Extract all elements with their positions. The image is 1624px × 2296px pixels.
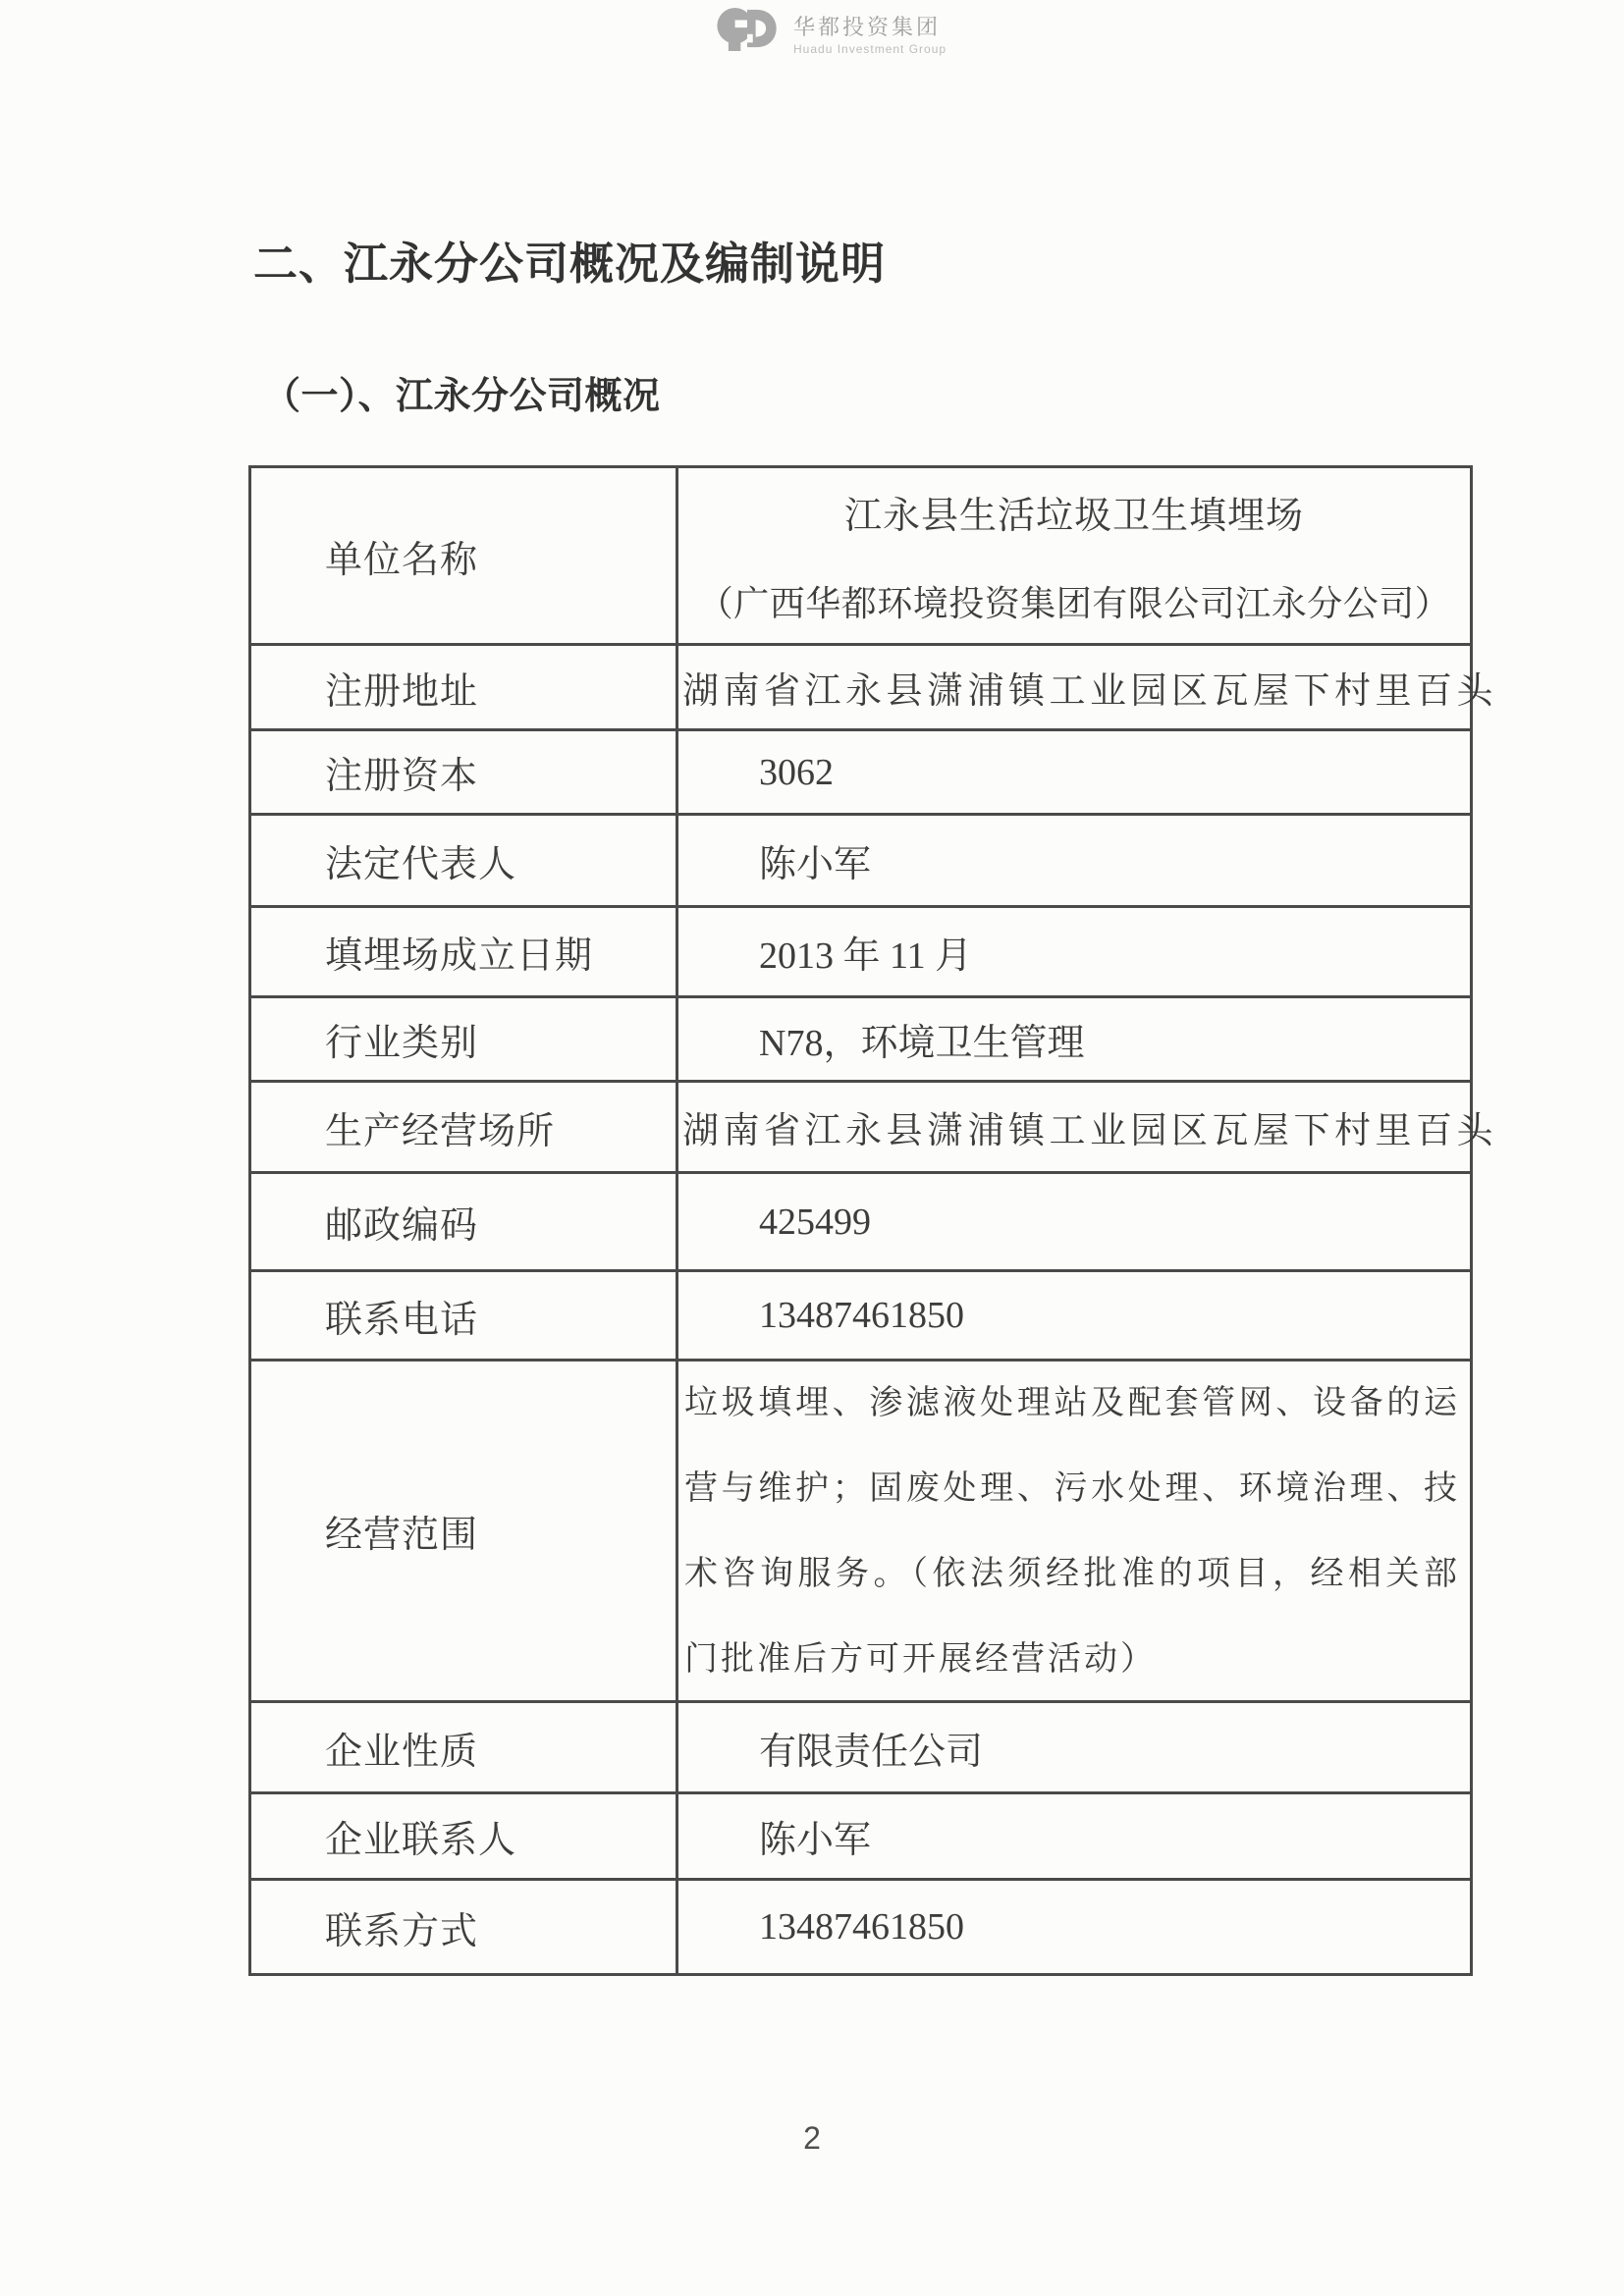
row-label: 生产经营场所 bbox=[251, 1083, 678, 1171]
row-label: 企业性质 bbox=[251, 1703, 678, 1791]
table-row: 经营范围 垃圾填埋、渗滤液处理站及配套管网、设备的运营与维护；固废处理、污水处理… bbox=[251, 1362, 1470, 1703]
table-row: 行业类别 N78，环境卫生管理 bbox=[251, 998, 1470, 1083]
row-label: 注册地址 bbox=[251, 646, 678, 728]
row-value: 湖南省江永县潇浦镇工业园区瓦屋下村里百头 bbox=[678, 1083, 1497, 1171]
row-label: 联系方式 bbox=[251, 1881, 678, 1973]
table-row: 企业联系人 陈小军 bbox=[251, 1794, 1470, 1881]
row-label: 填埋场成立日期 bbox=[251, 908, 678, 995]
row-label: 行业类别 bbox=[251, 998, 678, 1080]
row-label: 联系电话 bbox=[251, 1272, 678, 1359]
huadu-hd-logo-icon bbox=[717, 8, 778, 51]
table-row: 填埋场成立日期 2013 年 11 月 bbox=[251, 908, 1470, 998]
row-value: 2013 年 11 月 bbox=[678, 908, 1470, 995]
logo-text-block: 华都投资集团 Huadu Investment Group bbox=[793, 16, 947, 56]
row-label: 企业联系人 bbox=[251, 1794, 678, 1878]
row-value: 陈小军 bbox=[678, 816, 1470, 905]
row-value: N78，环境卫生管理 bbox=[678, 998, 1470, 1080]
row-value: 有限责任公司 bbox=[678, 1703, 1470, 1791]
logo-company-name-en: Huadu Investment Group bbox=[793, 42, 947, 56]
table-row: 生产经营场所 湖南省江永县潇浦镇工业园区瓦屋下村里百头 bbox=[251, 1083, 1470, 1174]
table-row: 注册地址 湖南省江永县潇浦镇工业园区瓦屋下村里百头 bbox=[251, 646, 1470, 731]
huadu-logo: 华都投资集团 Huadu Investment Group bbox=[717, 8, 947, 56]
row-value: 13487461850 bbox=[678, 1272, 1470, 1359]
row-label: 邮政编码 bbox=[251, 1174, 678, 1269]
row-label: 法定代表人 bbox=[251, 816, 678, 905]
row-value: 3062 bbox=[678, 731, 1470, 813]
table-row: 联系方式 13487461850 bbox=[251, 1881, 1470, 1973]
row-value: 湖南省江永县潇浦镇工业园区瓦屋下村里百头 bbox=[678, 646, 1497, 728]
logo-company-name-cn: 华都投资集团 bbox=[793, 16, 947, 39]
subsection-heading: （一）、江永分公司概况 bbox=[263, 365, 661, 419]
company-overview-table: 单位名称 江永县生活垃圾卫生填埋场 （广西华都环境投资集团有限公司江永分公司） … bbox=[248, 465, 1473, 1976]
table-row: 企业性质 有限责任公司 bbox=[251, 1703, 1470, 1794]
table-row: 注册资本 3062 bbox=[251, 731, 1470, 816]
table-row: 联系电话 13487461850 bbox=[251, 1272, 1470, 1362]
row-label: 注册资本 bbox=[251, 731, 678, 813]
table-row: 邮政编码 425499 bbox=[251, 1174, 1470, 1272]
table-row: 单位名称 江永县生活垃圾卫生填埋场 （广西华都环境投资集团有限公司江永分公司） bbox=[251, 468, 1470, 646]
row-value: 425499 bbox=[678, 1174, 1470, 1269]
row-label: 单位名称 bbox=[251, 468, 678, 643]
row-value: 13487461850 bbox=[678, 1881, 1470, 1973]
unit-name-line2: （广西华都环境投资集团有限公司江永分公司） bbox=[678, 576, 1470, 626]
row-value: 江永县生活垃圾卫生填埋场 （广西华都环境投资集团有限公司江永分公司） bbox=[678, 468, 1470, 643]
row-label: 经营范围 bbox=[251, 1362, 678, 1700]
page-number: 2 bbox=[0, 2120, 1624, 2157]
row-value: 陈小军 bbox=[678, 1794, 1470, 1878]
unit-name-line1: 江永县生活垃圾卫生填埋场 bbox=[678, 485, 1470, 539]
row-value: 垃圾填埋、渗滤液处理站及配套管网、设备的运营与维护；固废处理、污水处理、环境治理… bbox=[678, 1362, 1470, 1700]
document-page: 华都投资集团 Huadu Investment Group 二、江永分公司概况及… bbox=[0, 0, 1624, 2296]
table-row: 法定代表人 陈小军 bbox=[251, 816, 1470, 908]
section-heading: 二、江永分公司概况及编制说明 bbox=[253, 228, 886, 292]
